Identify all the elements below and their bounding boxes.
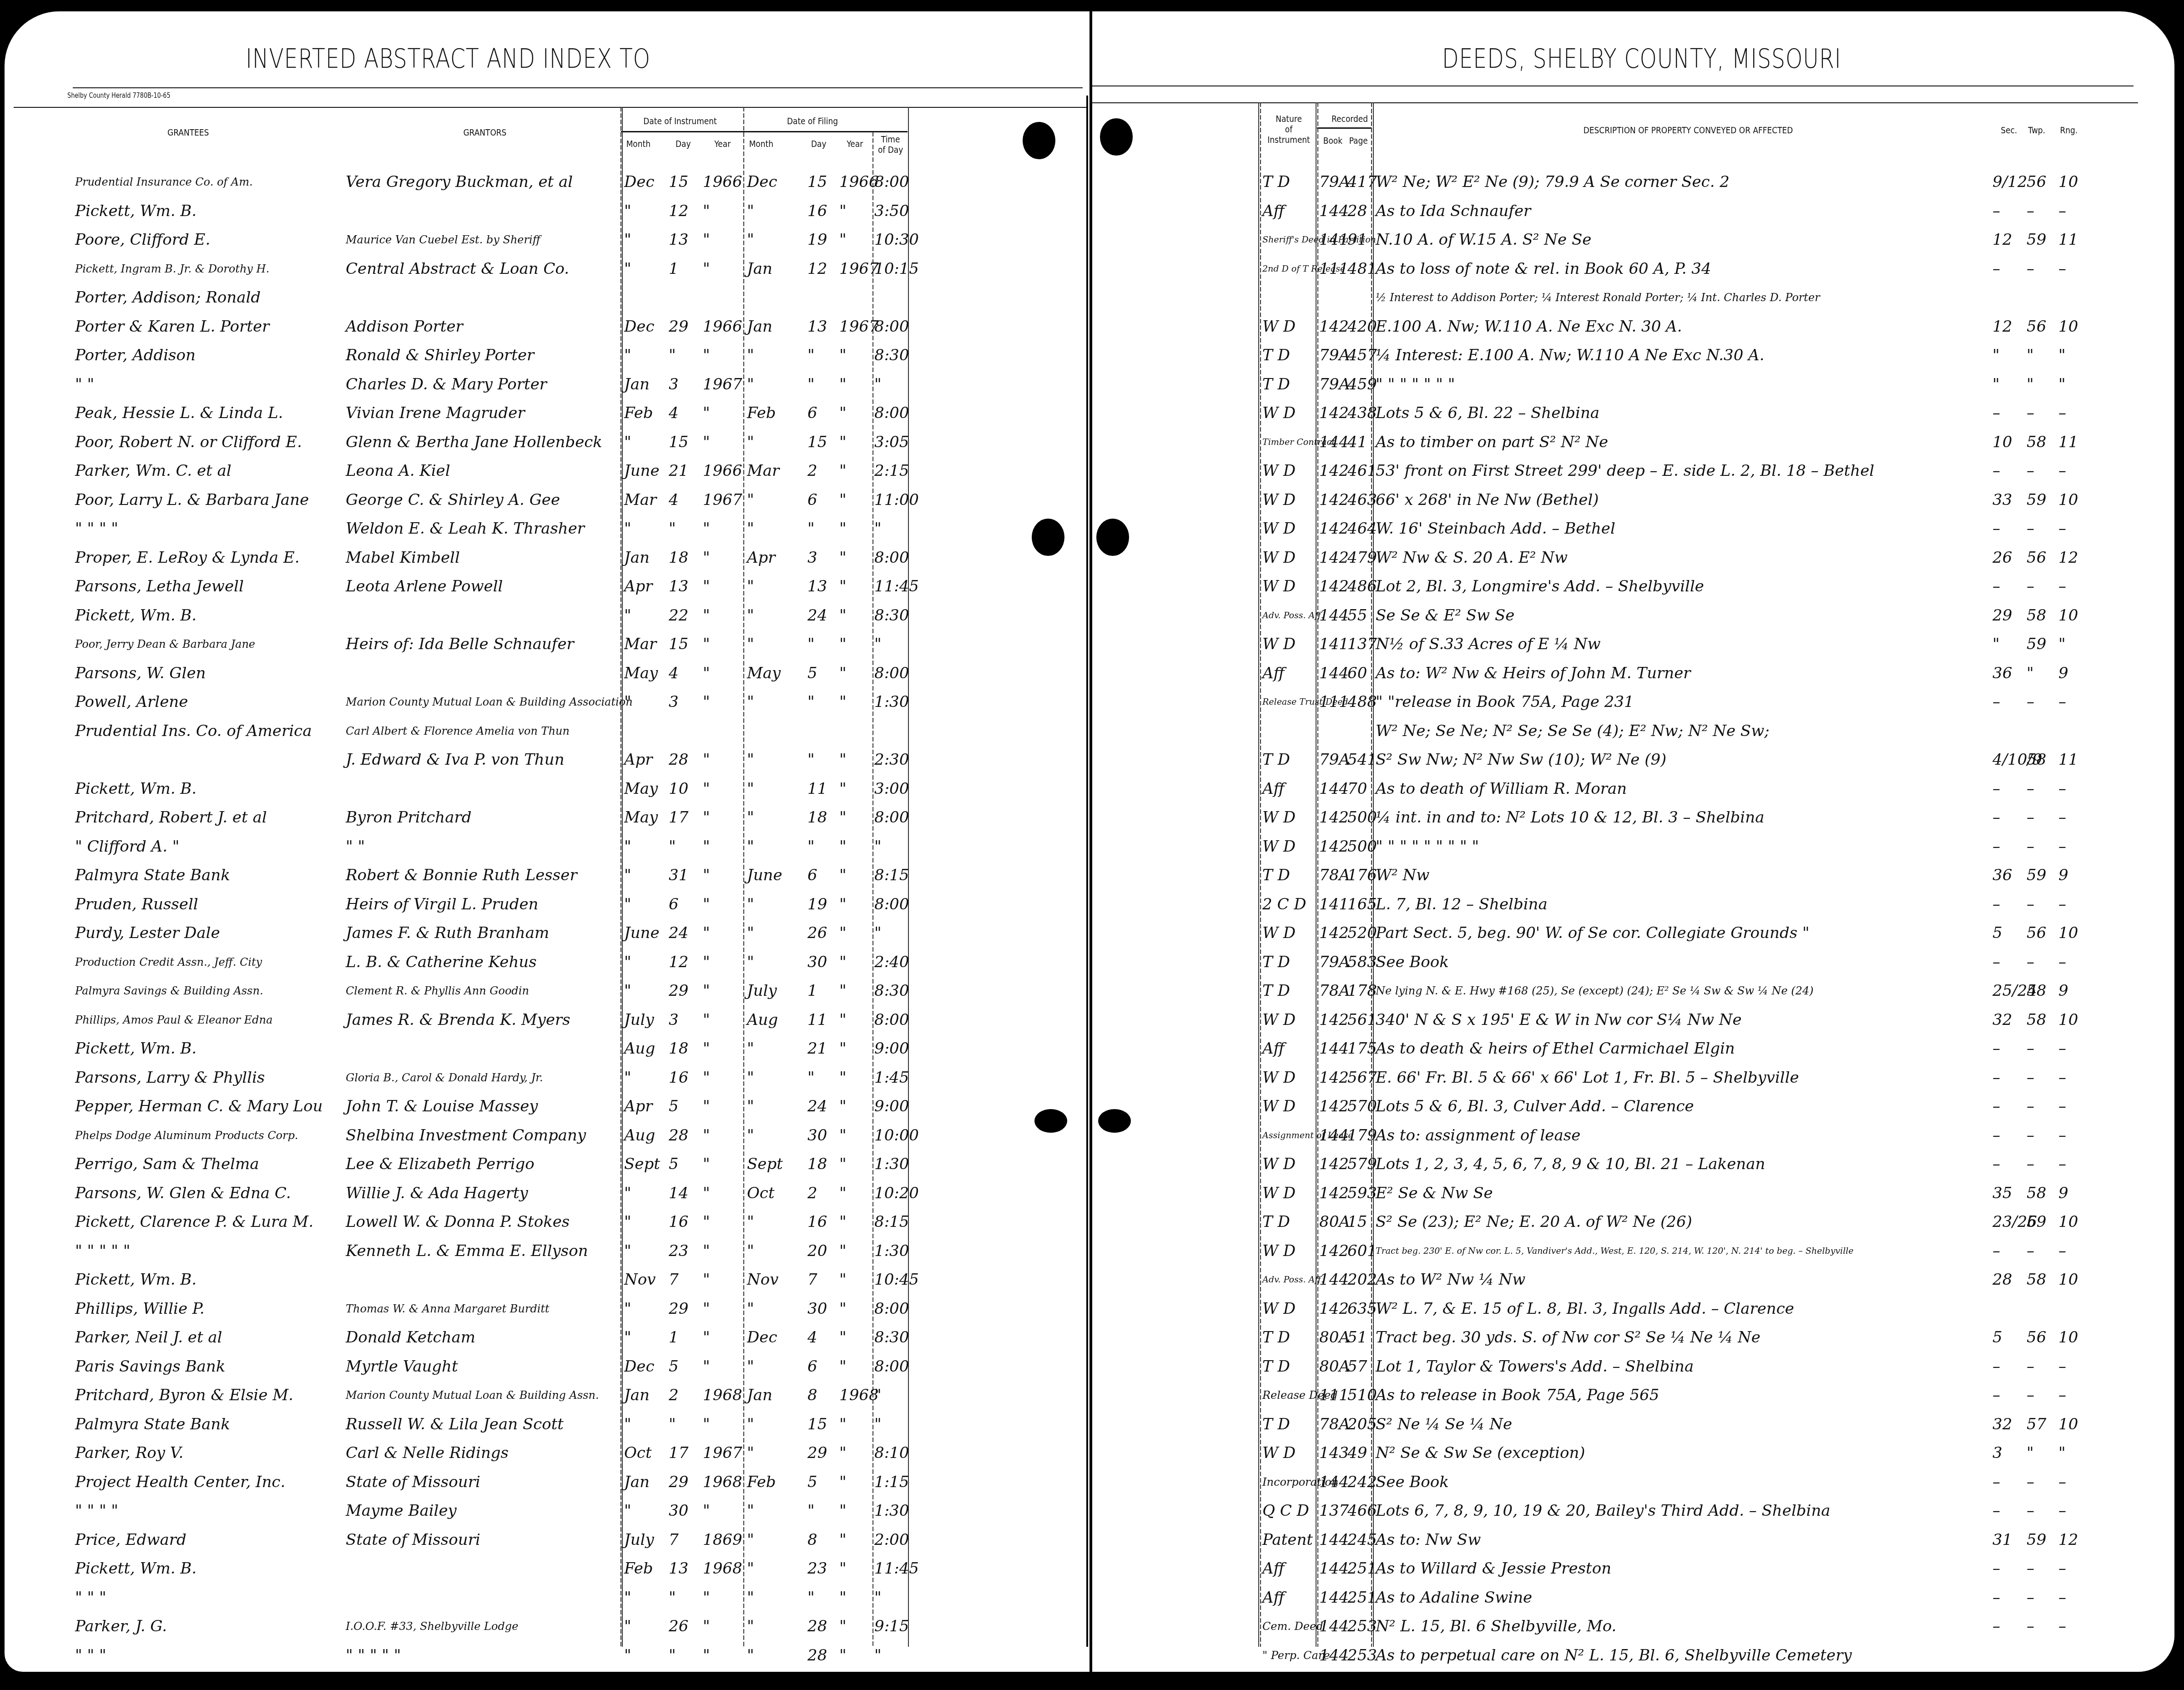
property-description: W² Nw & S. 20 A. E² Nw xyxy=(1376,544,1568,571)
property-description: As to: assignment of lease xyxy=(1376,1122,1580,1149)
nature-of-instrument: W D xyxy=(1262,1237,1296,1265)
header-inst-month: Month xyxy=(626,139,651,149)
range: – xyxy=(2058,1237,2066,1265)
grantee-cell: Pruden, Russell xyxy=(75,891,198,918)
recorded-page: 57 xyxy=(1347,1353,1367,1380)
filing-month: " xyxy=(747,371,754,398)
header-rng: Rng. xyxy=(2060,125,2078,136)
recorded-book: 79A xyxy=(1319,371,1350,398)
property-description: L. 7, Bl. 12 – Shelbina xyxy=(1376,891,1548,918)
township: – xyxy=(2027,1468,2034,1496)
grantor-cell: Clement R. & Phyllis Ann Goodin xyxy=(346,977,529,1004)
section: – xyxy=(1992,399,2000,427)
header-sec: Sec. xyxy=(2001,125,2017,136)
property-description: Part Sect. 5, beg. 90' W. of Se cor. Col… xyxy=(1376,919,1810,947)
ledger-row: Palmyra Savings & Building Assn.Clement … xyxy=(0,977,2184,1004)
grantor-cell: Glenn & Bertha Jane Hollenbeck xyxy=(346,429,602,456)
filing-time: " xyxy=(874,1382,882,1409)
section: – xyxy=(1992,1497,2000,1524)
filing-time: 1:45 xyxy=(874,1064,909,1091)
grantor-cell: Myrtle Vaught xyxy=(346,1353,458,1380)
filing-time: 8:00 xyxy=(874,1353,909,1380)
ledger-row: " " " "Mayme Bailey"30""""1:30Q C D13746… xyxy=(0,1497,2184,1524)
instrument-month: June xyxy=(624,919,660,947)
recorded-page: 251 xyxy=(1347,1555,1377,1582)
ledger-row: Porter, Addison; Ronald½ Interest to Add… xyxy=(0,284,2184,311)
instrument-year: " xyxy=(703,631,710,658)
filing-time: 8:00 xyxy=(874,1006,909,1034)
filing-time: 10:30 xyxy=(874,226,919,253)
township: – xyxy=(2027,515,2034,542)
recorded-book: 137 xyxy=(1319,1497,1349,1524)
instrument-year: 1967 xyxy=(703,371,742,398)
property-description: As to: W² Nw & Heirs of John M. Turner xyxy=(1376,660,1691,687)
recorded-page: 635 xyxy=(1347,1295,1377,1322)
instrument-month: May xyxy=(624,660,658,687)
range: 9 xyxy=(2058,862,2068,889)
range: 12 xyxy=(2058,1526,2078,1554)
recorded-page: 464 xyxy=(1347,515,1377,542)
filing-month: " xyxy=(747,1208,754,1236)
ledger-row: " "Charles D. & Mary PorterJan31967""""T… xyxy=(0,371,2184,398)
filing-time: 1:30 xyxy=(874,1237,909,1265)
filing-year: " xyxy=(839,1006,847,1034)
township: – xyxy=(2027,457,2034,484)
recorded-page: 41 xyxy=(1347,429,1367,456)
property-description: W² Ne; W² E² Ne (9); 79.9 A Se corner Se… xyxy=(1376,168,1730,196)
nature-of-instrument: W D xyxy=(1262,515,1296,542)
ledger-row: Powell, ArleneMarion County Mutual Loan … xyxy=(0,688,2184,716)
grantee-cell: Porter & Karen L. Porter xyxy=(75,313,269,340)
filing-time: 3:05 xyxy=(874,429,909,456)
filing-year: " xyxy=(839,1093,847,1120)
nature-of-instrument: T D xyxy=(1262,1411,1290,1438)
township: 59 xyxy=(2027,486,2046,514)
instrument-year: " xyxy=(703,1208,710,1236)
filing-day: 12 xyxy=(807,255,827,283)
property-description: As to Ida Schnaufer xyxy=(1376,197,1531,225)
filing-day: 23 xyxy=(807,1555,827,1582)
recorded-book: 79A xyxy=(1319,168,1350,196)
grantee-cell: Pickett, Wm. B. xyxy=(75,1555,197,1582)
section: 3 xyxy=(1992,1439,2002,1467)
grantee-cell: Poor, Robert N. or Clifford E. xyxy=(75,429,302,456)
property-description: As to W² Nw ¼ Nw xyxy=(1376,1266,1525,1293)
township: – xyxy=(2027,1122,2034,1149)
filing-time: " xyxy=(874,1642,882,1669)
instrument-day: 24 xyxy=(669,919,688,947)
township: – xyxy=(2027,1064,2034,1091)
instrument-month: " xyxy=(624,862,631,889)
township: " xyxy=(2027,342,2034,369)
instrument-month: Oct xyxy=(624,1439,652,1467)
grantor-cell: Lowell W. & Donna P. Stokes xyxy=(346,1208,570,1236)
instrument-year: " xyxy=(703,544,710,571)
recorded-page: 486 xyxy=(1347,573,1377,600)
filing-day: 30 xyxy=(807,948,827,976)
township: 58 xyxy=(2027,977,2046,1004)
nature-of-instrument: T D xyxy=(1262,342,1290,369)
instrument-month: " xyxy=(624,1411,631,1438)
ledger-row: Pepper, Herman C. & Mary LouJohn T. & Lo… xyxy=(0,1093,2184,1120)
township: " xyxy=(2027,1439,2034,1467)
grantor-cell: State of Missouri xyxy=(346,1468,480,1496)
section: – xyxy=(1992,255,2000,283)
filing-time: 9:00 xyxy=(874,1035,909,1062)
instrument-month: Dec xyxy=(624,168,654,196)
recorded-book: 78A xyxy=(1319,977,1350,1004)
instrument-day: 15 xyxy=(669,168,688,196)
filing-time: " xyxy=(874,1584,882,1611)
filing-day: " xyxy=(807,342,815,369)
section: – xyxy=(1992,197,2000,225)
property-description: " "release in Book 75A, Page 231 xyxy=(1376,688,1634,716)
instrument-year: 1968 xyxy=(703,1555,742,1582)
filing-month: Apr xyxy=(747,544,776,571)
instrument-day: 1 xyxy=(669,255,679,283)
grantee-cell: Parsons, W. Glen & Edna C. xyxy=(75,1180,291,1207)
recorded-page: 541 xyxy=(1347,746,1377,773)
nature-of-instrument: Aff xyxy=(1262,660,1285,687)
instrument-month: " xyxy=(624,515,631,542)
recorded-book: 144 xyxy=(1319,660,1349,687)
recorded-page: 488 xyxy=(1347,688,1377,716)
page-title-right: DEEDS, SHELBY COUNTY, MISSOURI xyxy=(1442,43,1841,74)
filing-day: " xyxy=(807,688,815,716)
grantor-cell: Maurice Van Cuebel Est. by Sheriff xyxy=(346,226,540,253)
range: – xyxy=(2058,775,2066,802)
filing-month: " xyxy=(747,573,754,600)
property-description: " " " " " " " " " xyxy=(1376,833,1479,860)
property-description: N.10 A. of W.15 A. S² Ne Se xyxy=(1376,226,1591,253)
filing-year: " xyxy=(839,775,847,802)
grantee-cell: Parsons, W. Glen xyxy=(75,660,206,687)
filing-year: " xyxy=(839,1613,847,1640)
instrument-day: " xyxy=(669,342,676,369)
filing-year: " xyxy=(839,833,847,860)
grantee-cell: Poore, Clifford E. xyxy=(75,226,210,253)
filing-time: 3:00 xyxy=(874,775,909,802)
filing-time: 2:40 xyxy=(874,948,909,976)
recorded-page: 178 xyxy=(1347,977,1377,1004)
recorded-book: 144 xyxy=(1319,1642,1349,1669)
range: 10 xyxy=(2058,919,2078,947)
instrument-year: " xyxy=(703,573,710,600)
filing-day: 5 xyxy=(807,1468,817,1496)
section: 10 xyxy=(1992,429,2012,456)
property-description: Lots 5 & 6, Bl. 3, Culver Add. – Clarenc… xyxy=(1376,1093,1694,1120)
instrument-day: 12 xyxy=(669,948,688,976)
property-description: As to: Nw Sw xyxy=(1376,1526,1481,1554)
filing-month: July xyxy=(747,977,777,1004)
range: – xyxy=(2058,1093,2066,1120)
nature-of-instrument: W D xyxy=(1262,544,1296,571)
township: – xyxy=(2027,1035,2034,1062)
recorded-book: 142 xyxy=(1319,919,1349,947)
filing-time: 9:00 xyxy=(874,1093,909,1120)
header-date-of-instrument: Date of Instrument xyxy=(643,116,716,126)
instrument-month: " xyxy=(624,948,631,976)
header-date-of-filing: Date of Filing xyxy=(787,116,838,126)
range: 9 xyxy=(2058,660,2068,687)
range: – xyxy=(2058,688,2066,716)
nature-of-instrument: W D xyxy=(1262,573,1296,600)
instrument-day: 16 xyxy=(669,1064,688,1091)
recorded-book: 80A xyxy=(1319,1208,1350,1236)
recorded-page: 60 xyxy=(1347,660,1367,687)
range: 10 xyxy=(2058,486,2078,514)
recorded-book: 142 xyxy=(1319,313,1349,340)
instrument-day: 28 xyxy=(669,1122,688,1149)
instrument-day: 13 xyxy=(669,573,688,600)
filing-year: " xyxy=(839,891,847,918)
township: – xyxy=(2027,1237,2034,1265)
recorded-book: 142 xyxy=(1319,486,1349,514)
filing-year: " xyxy=(839,602,847,629)
instrument-day: 22 xyxy=(669,602,688,629)
recorded-book: 78A xyxy=(1319,1411,1350,1438)
grantee-cell: Purdy, Lester Dale xyxy=(75,919,220,947)
instrument-day: 4 xyxy=(669,486,679,514)
instrument-day: 2 xyxy=(669,1382,679,1409)
ledger-row: Prudential Ins. Co. of AmericaCarl Alber… xyxy=(0,717,2184,745)
section: – xyxy=(1992,1382,2000,1409)
nature-of-instrument: W D xyxy=(1262,804,1296,831)
nature-of-instrument: T D xyxy=(1262,977,1290,1004)
section: 26 xyxy=(1992,544,2012,571)
section: – xyxy=(1992,1353,2000,1380)
instrument-month: July xyxy=(624,1526,654,1554)
recorded-book: 142 xyxy=(1319,833,1349,860)
filing-day: 4 xyxy=(807,1324,817,1351)
filing-day: 29 xyxy=(807,1439,827,1467)
grantor-cell: I.O.O.F. #33, Shelbyville Lodge xyxy=(346,1613,518,1640)
recorded-book: 144 xyxy=(1319,1122,1349,1149)
instrument-year: " xyxy=(703,746,710,773)
filing-month: " xyxy=(747,1497,754,1524)
grantee-cell: " " xyxy=(75,371,94,398)
section: 36 xyxy=(1992,660,2012,687)
ledger-row: Parker, Wm. C. et alLeona A. KielJune211… xyxy=(0,457,2184,484)
filing-year: " xyxy=(839,226,847,253)
filing-time: 1:30 xyxy=(874,688,909,716)
nature-of-instrument: W D xyxy=(1262,313,1296,340)
recorded-page: 70 xyxy=(1347,775,1367,802)
grantor-cell: Willie J. & Ada Hagerty xyxy=(346,1180,528,1207)
grantee-cell: Proper, E. LeRoy & Lynda E. xyxy=(75,544,299,571)
recorded-page: 165 xyxy=(1347,891,1377,918)
filing-year: " xyxy=(839,1266,847,1293)
nature-of-instrument: Q C D xyxy=(1262,1497,1309,1524)
grantor-cell: Heirs of Virgil L. Pruden xyxy=(346,891,538,918)
instrument-year: " xyxy=(703,1584,710,1611)
instrument-year: 1967 xyxy=(703,1439,742,1467)
recorded-page: 55 xyxy=(1347,602,1367,629)
filing-day: " xyxy=(807,833,815,860)
filing-month: " xyxy=(747,1613,754,1640)
instrument-month: Jan xyxy=(624,1468,650,1496)
section: – xyxy=(1992,1613,2000,1640)
township: 59 xyxy=(2027,1208,2046,1236)
instrument-year: " xyxy=(703,1035,710,1062)
recorded-page: 593 xyxy=(1347,1180,1377,1207)
instrument-month: " xyxy=(624,1237,631,1265)
grantee-cell: Pickett, Wm. B. xyxy=(75,775,197,802)
filing-day: 6 xyxy=(807,862,817,889)
grantor-cell: Thomas W. & Anna Margaret Burditt xyxy=(346,1295,550,1322)
filing-year: " xyxy=(839,1180,847,1207)
filing-day: 26 xyxy=(807,919,827,947)
grantor-cell: Byron Pritchard xyxy=(346,804,472,831)
property-description: E² Se & Nw Se xyxy=(1376,1180,1493,1207)
filing-month: " xyxy=(747,1353,754,1380)
recorded-page: 175 xyxy=(1347,1035,1377,1062)
instrument-year: " xyxy=(703,342,710,369)
instrument-year: " xyxy=(703,197,710,225)
filing-month: Jan xyxy=(747,313,772,340)
filing-time: 8:30 xyxy=(874,602,909,629)
filing-day: " xyxy=(807,1497,815,1524)
property-description: S² Sw Nw; N² Nw Sw (10); W² Ne (9) xyxy=(1376,746,1666,773)
section: 32 xyxy=(1992,1006,2012,1034)
filing-month: " xyxy=(747,1237,754,1265)
ledger-row: Production Credit Assn., Jeff. CityL. B.… xyxy=(0,948,2184,976)
recorded-page: 461 xyxy=(1347,457,1377,484)
recorded-page: 479 xyxy=(1347,544,1377,571)
recorded-page: 91 xyxy=(1347,226,1367,253)
ledger-row: Phillips, Amos Paul & Eleanor EdnaJames … xyxy=(0,1006,2184,1034)
township: 58 xyxy=(2027,1266,2046,1293)
instrument-month: Jan xyxy=(624,371,650,398)
recorded-book: 141 xyxy=(1319,631,1349,658)
grantee-cell: Phillips, Willie P. xyxy=(75,1295,205,1322)
property-description: N² L. 15, Bl. 6 Shelbyville, Mo. xyxy=(1376,1613,1616,1640)
binder-hole xyxy=(1100,118,1133,156)
grantee-cell: " " " xyxy=(75,1584,106,1611)
filing-year: " xyxy=(839,1064,847,1091)
recorded-book: 142 xyxy=(1319,1006,1349,1034)
filing-year: " xyxy=(839,197,847,225)
instrument-day: 28 xyxy=(669,746,688,773)
filing-month: " xyxy=(747,891,754,918)
recorded-book: 142 xyxy=(1319,457,1349,484)
instrument-day: " xyxy=(669,1642,676,1669)
filing-month: " xyxy=(747,515,754,542)
instrument-year: " xyxy=(703,1642,710,1669)
recorded-page: 251 xyxy=(1347,1584,1377,1611)
township: – xyxy=(2027,775,2034,802)
filing-month: May xyxy=(747,660,781,687)
nature-of-instrument: W D xyxy=(1262,1150,1296,1178)
filing-day: 6 xyxy=(807,1353,817,1380)
filing-year: " xyxy=(839,429,847,456)
section: – xyxy=(1992,948,2000,976)
range: – xyxy=(2058,1468,2066,1496)
ledger-row: Parsons, Larry & PhyllisGloria B., Carol… xyxy=(0,1064,2184,1091)
instrument-day: 13 xyxy=(669,1555,688,1582)
recorded-page: 49 xyxy=(1347,1439,1367,1467)
filing-time: 2:30 xyxy=(874,746,909,773)
township: – xyxy=(2027,804,2034,831)
instrument-year: " xyxy=(703,1295,710,1322)
filing-month: " xyxy=(747,804,754,831)
property-description: As to loss of note & rel. in Book 60 A, … xyxy=(1376,255,1711,283)
ledger-row: Pickett, Wm. B.May10""11"3:00Aff14470As … xyxy=(0,775,2184,802)
township: 57 xyxy=(2027,1411,2046,1438)
property-description: Lots 6, 7, 8, 9, 10, 19 & 20, Bailey's T… xyxy=(1376,1497,1831,1524)
grantee-cell: Paris Savings Bank xyxy=(75,1353,225,1380)
section: – xyxy=(1992,573,2000,600)
filing-year: 1966 xyxy=(839,168,879,196)
nature-of-instrument: Aff xyxy=(1262,1035,1285,1062)
range: – xyxy=(2058,891,2066,918)
instrument-year: " xyxy=(703,1266,710,1293)
ledger-row: Parker, Roy V.Carl & Nelle RidingsOct171… xyxy=(0,1439,2184,1467)
recorded-page: 601 xyxy=(1347,1237,1377,1265)
ledger-row: J. Edward & Iva P. von ThunApr28""""2:30… xyxy=(0,746,2184,773)
filing-year: " xyxy=(839,660,847,687)
township: – xyxy=(2027,1584,2034,1611)
township: 59 xyxy=(2027,862,2046,889)
instrument-day: 30 xyxy=(669,1497,688,1524)
grantor-cell: Robert & Bonnie Ruth Lesser xyxy=(346,862,577,889)
filing-day: " xyxy=(807,1064,815,1091)
township: – xyxy=(2027,1497,2034,1524)
recorded-page: 466 xyxy=(1347,1497,1377,1524)
filing-month: Aug xyxy=(747,1006,778,1034)
ledger-row: Pickett, Wm. B.Nov7"Nov7"10:45Adv. Poss.… xyxy=(0,1266,2184,1293)
range: – xyxy=(2058,1584,2066,1611)
instrument-day: 17 xyxy=(669,804,688,831)
grantee-cell: " " " xyxy=(75,1642,106,1669)
filing-time: 8:30 xyxy=(874,977,909,1004)
instrument-month: " xyxy=(624,891,631,918)
grantee-cell: " " " " xyxy=(75,515,118,542)
instrument-day: 1 xyxy=(669,1324,679,1351)
grantor-cell: James R. & Brenda K. Myers xyxy=(346,1006,570,1034)
range: – xyxy=(2058,515,2066,542)
nature-of-instrument: W D xyxy=(1262,833,1296,860)
recorded-page: 242 xyxy=(1347,1468,1377,1496)
property-description: W² Nw xyxy=(1376,862,1429,889)
ledger-row: Pickett, Wm. B."12""16"3:50Aff14428As to… xyxy=(0,197,2184,225)
recorded-book: 144 xyxy=(1319,602,1349,629)
nature-of-instrument: Aff xyxy=(1262,1555,1285,1582)
section: 5 xyxy=(1992,1324,2002,1351)
township: 56 xyxy=(2027,168,2046,196)
nature-of-instrument: T D xyxy=(1262,371,1290,398)
township: – xyxy=(2027,948,2034,976)
section: – xyxy=(1992,833,2000,860)
range: – xyxy=(2058,399,2066,427)
section: 5 xyxy=(1992,919,2002,947)
instrument-day: 18 xyxy=(669,1035,688,1062)
header-page: Page xyxy=(1349,136,1368,146)
filing-year: " xyxy=(839,371,847,398)
filing-year: " xyxy=(839,486,847,514)
property-description: Se Se & E² Sw Se xyxy=(1376,602,1514,629)
filing-time: 11:00 xyxy=(874,486,919,514)
section: 29 xyxy=(1992,602,2012,629)
grantor-cell: " " " " " xyxy=(346,1642,401,1669)
range: 10 xyxy=(2058,168,2078,196)
township: 56 xyxy=(2027,544,2046,571)
filing-month: Jan xyxy=(747,255,772,283)
grantee-cell: " " " " xyxy=(75,1497,118,1524)
filing-time: 8:30 xyxy=(874,342,909,369)
instrument-day: 15 xyxy=(669,429,688,456)
ledger-row: Price, EdwardState of MissouriJuly71869"… xyxy=(0,1526,2184,1554)
